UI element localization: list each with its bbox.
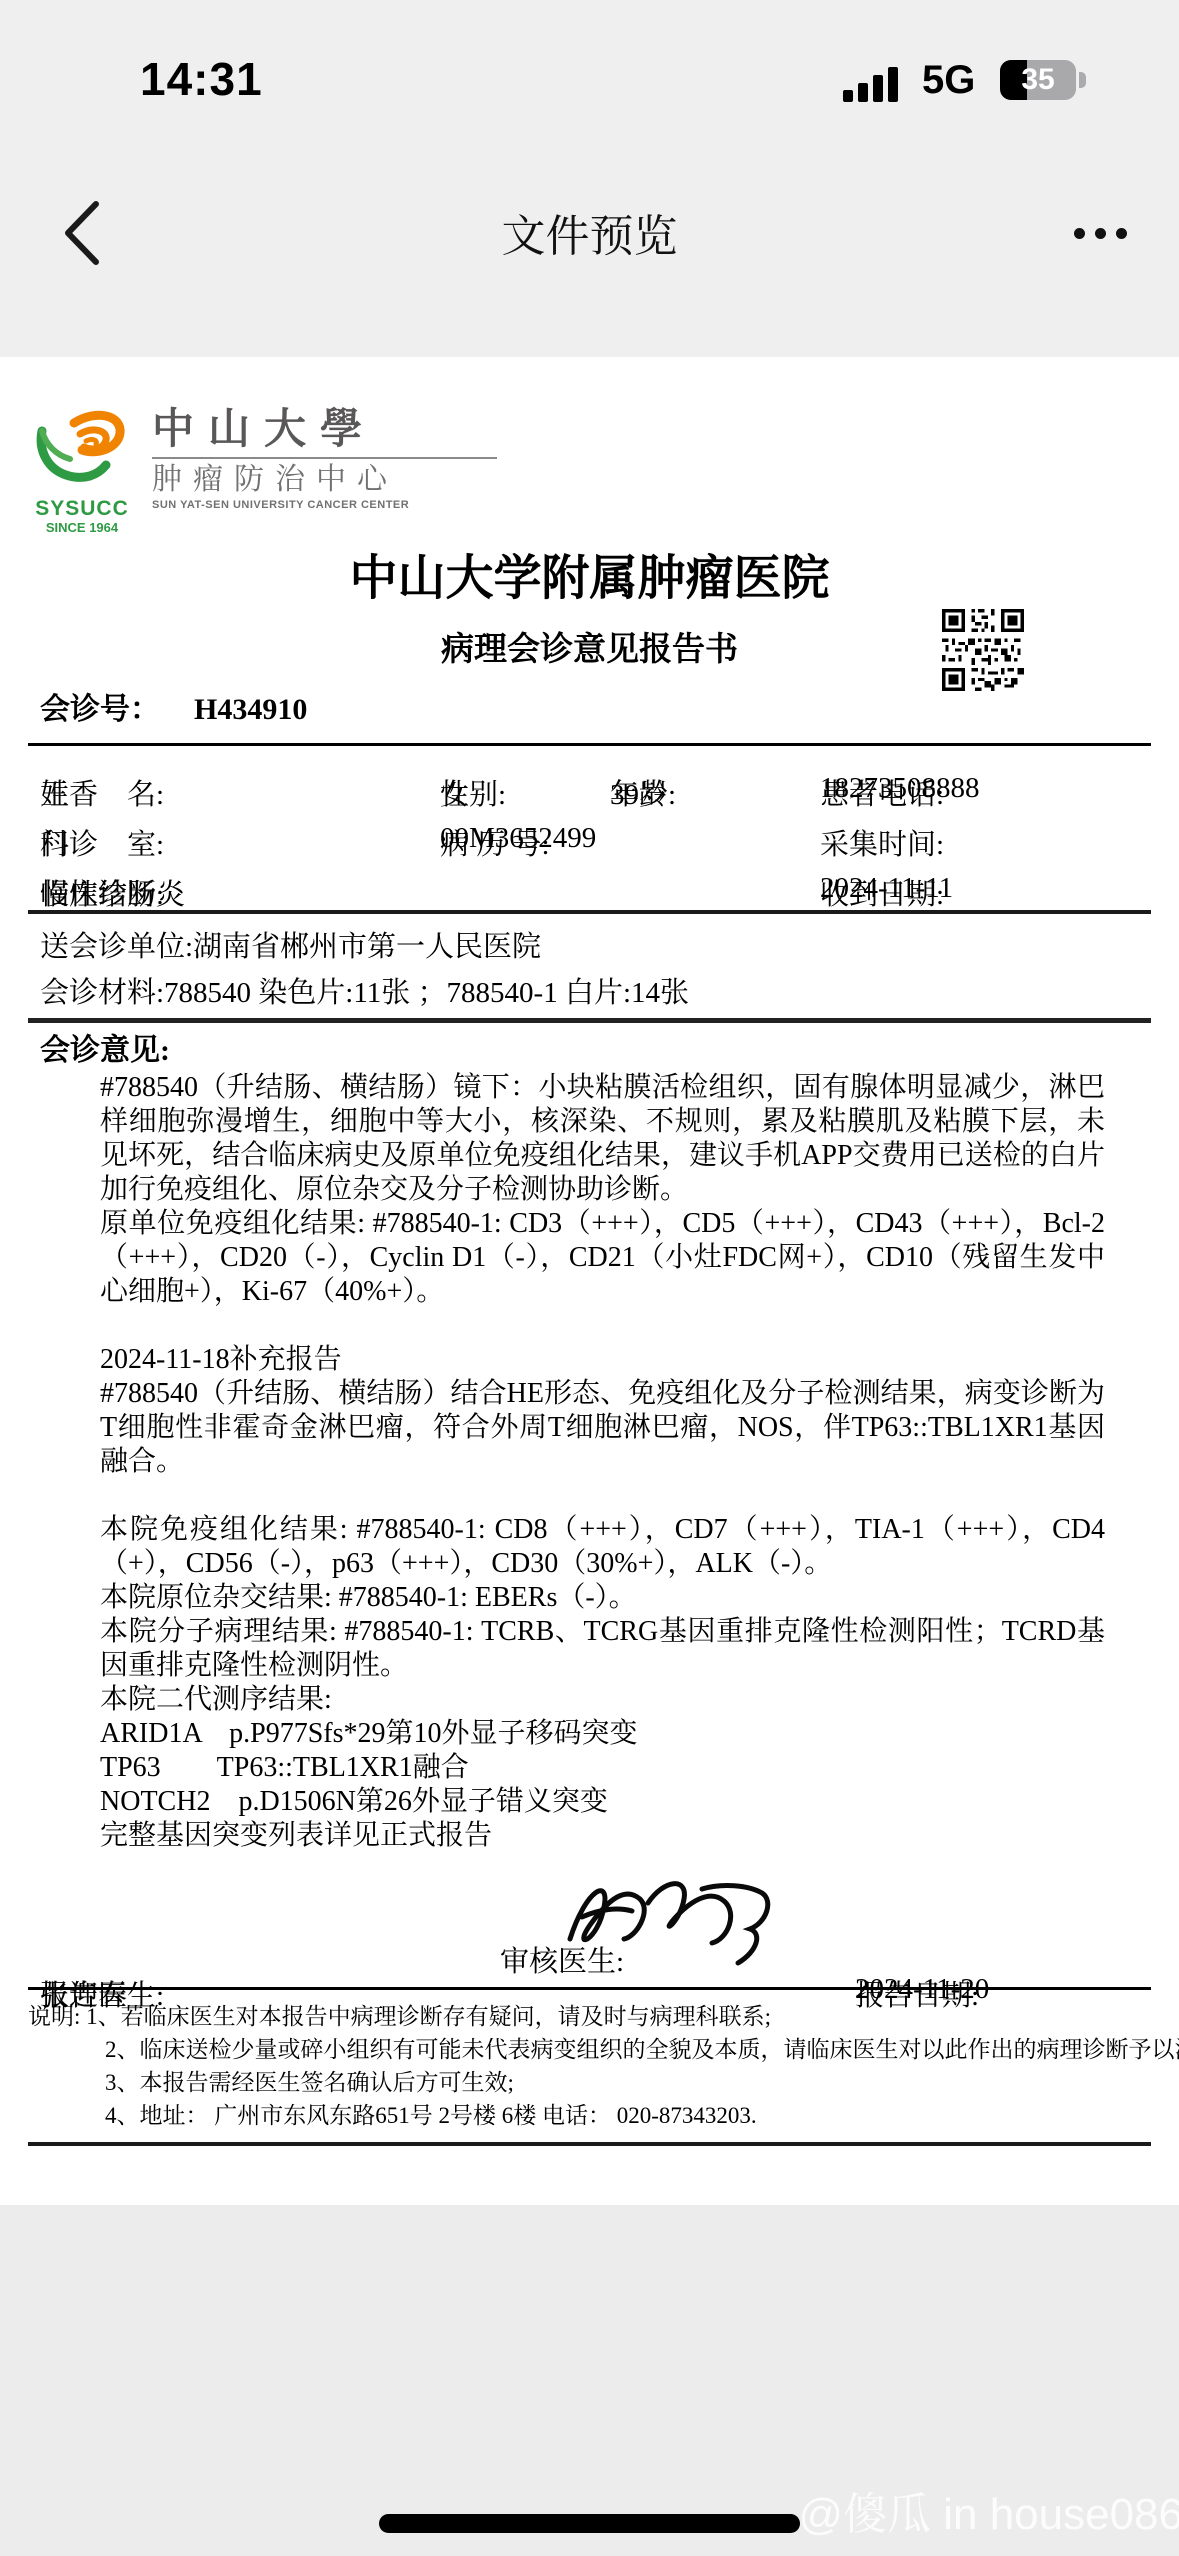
consult-number-label: 会诊号： xyxy=(40,693,160,726)
note-item: 2、临床送检少量或碎小组织有可能未代表病变组织的全貌及本质，请临床医生对以此作出… xyxy=(105,2033,1179,2066)
reviewer-signature xyxy=(552,1859,792,1977)
document-preview[interactable]: SYSUCC SINCE 1964 中山大學 肿瘤防治中心 SUN YAT-SE… xyxy=(0,357,1179,2205)
note-item: 1、若临床医生对本报告中病理诊断存有疑问，请及时与病理科联系; xyxy=(86,2004,771,2029)
clock: 14:31 xyxy=(140,52,263,106)
hospital-title: 中山大学附属肿瘤医院 xyxy=(0,549,1179,609)
notes-section: 说明: 1、若临床医生对本报告中病理诊断存有疑问，请及时与病理科联系; 2、临床… xyxy=(0,1990,1179,2132)
opinion-paragraph: 完整基因突变列表详见正式报告 xyxy=(100,1819,1105,1853)
patient-info-table: 姓 名:王香 性别:女 年龄:39岁 患者电话:18273508888 科 室:… xyxy=(0,746,1179,910)
qr-code xyxy=(942,609,1024,691)
signal-strength-icon xyxy=(843,66,907,102)
note-item: 3、本报告需经医生签名确认后方可生效; xyxy=(105,2066,1179,2099)
opinion-paragraph: #788540（升结肠、横结肠）结合HE形态、免疫组化及分子检测结果，病变诊断为… xyxy=(100,1377,1105,1479)
opinion-paragraph xyxy=(100,1479,1105,1513)
consult-materials: 会诊材料:788540 染色片:11张 ；788540-1 白片:14张 xyxy=(40,970,1179,1016)
opinion-paragraph: NOTCH2 p.D1506N第26外显子错义突变 xyxy=(100,1785,1105,1819)
home-indicator[interactable] xyxy=(379,2514,800,2533)
opinion-paragraph: ARID1A p.P977Sfs*29第10外显子移码突变 xyxy=(100,1717,1105,1751)
sysucc-emblem-icon xyxy=(32,407,132,493)
logo-org-name: 中山大學 xyxy=(152,407,497,453)
opinion-paragraph: 本院分子病理结果: #788540-1: TCRB、TCRG基因重排克隆性检测阳… xyxy=(100,1615,1105,1683)
nav-bar: 文件预览 xyxy=(0,170,1179,358)
referral-section: 送会诊单位:湖南省郴州市第一人民医院 会诊材料:788540 染色片:11张 ；… xyxy=(0,914,1179,1018)
table-row: 姓 名:王香 性别:女 年龄:39岁 患者电话:18273508888 xyxy=(0,752,1179,802)
divider xyxy=(28,2142,1151,2146)
opinion-body: #788540（升结肠、横结肠）镜下：小块粘膜活检组织，固有腺体明显减少，淋巴样… xyxy=(100,1071,1105,1853)
logo-divider xyxy=(152,457,497,459)
more-options-icon[interactable] xyxy=(1074,228,1127,239)
opinion-paragraph: 原单位免疫组化结果: #788540-1: CD3（+++），CD5（+++），… xyxy=(100,1207,1105,1309)
opinion-paragraph xyxy=(100,1309,1105,1343)
battery-icon: 35 xyxy=(1000,60,1076,100)
logo-org-sub: 肿瘤防治中心 xyxy=(152,463,497,497)
battery-cap xyxy=(1079,72,1086,88)
watermark: @傻瓜 in house086 xyxy=(798,2478,1179,2542)
signature-row: 报告医生:张迎春 审核医生: 报告日期: 2024-11-20 xyxy=(0,1905,1179,1983)
phone-value: 18273508888 xyxy=(820,772,980,805)
logo-since-text: SINCE 1964 xyxy=(26,520,138,535)
divider xyxy=(28,1018,1151,1023)
diagnosis-value: 慢性结肠炎 xyxy=(40,872,185,913)
phone-screen: 14:31 5G 35 文件预览 SYSUCC xyxy=(0,0,1179,2556)
opinion-paragraph: 本院免疫组化结果: #788540-1: CD8（+++），CD7（+++），T… xyxy=(100,1513,1105,1581)
hospital-logo: SYSUCC SINCE 1964 中山大學 肿瘤防治中心 SUN YAT-SE… xyxy=(26,407,1179,535)
opinion-paragraph: TP63 TP63::TBL1XR1融合 xyxy=(100,1751,1105,1785)
opinion-heading: 会诊意见: xyxy=(40,1033,1179,1069)
consult-number-value: H434910 xyxy=(194,693,307,726)
consult-number-row: 会诊号：H434910 xyxy=(40,691,1179,729)
notes-label: 说明: xyxy=(28,2004,80,2029)
page-title: 文件预览 xyxy=(0,200,1179,264)
table-row: 临床诊断:慢性结肠炎 收到日期:2024-11-11 xyxy=(0,852,1179,902)
opinion-paragraph: 本院二代测序结果: xyxy=(100,1683,1105,1717)
network-type-label: 5G xyxy=(922,58,975,103)
note-item: 4、地址： 广州市东风东路651号 2号楼 6楼 电话： 020-8734320… xyxy=(105,2099,1179,2132)
logo-sysucc-text: SYSUCC xyxy=(26,498,138,520)
logo-org-en: SUN YAT-SEN UNIVERSITY CANCER CENTER xyxy=(152,497,497,513)
opinion-paragraph: 2024-11-18补充报告 xyxy=(100,1343,1105,1377)
table-row: 科 室:门诊 病 历 号:00M3652499 采集时间: xyxy=(0,802,1179,852)
battery-percent: 35 xyxy=(1000,60,1076,100)
opinion-paragraph: 本院原位杂交结果: #788540-1: EBERs（-）。 xyxy=(100,1581,1105,1615)
referral-unit: 送会诊单位:湖南省郴州市第一人民医院 xyxy=(40,924,1179,970)
record-value: 00M3652499 xyxy=(440,822,596,855)
received-value: 2024-11-11 xyxy=(820,872,953,905)
opinion-paragraph: #788540（升结肠、横结肠）镜下：小块粘膜活检组织，固有腺体明显减少，淋巴样… xyxy=(100,1071,1105,1207)
status-bar: 14:31 5G 35 xyxy=(0,0,1179,170)
